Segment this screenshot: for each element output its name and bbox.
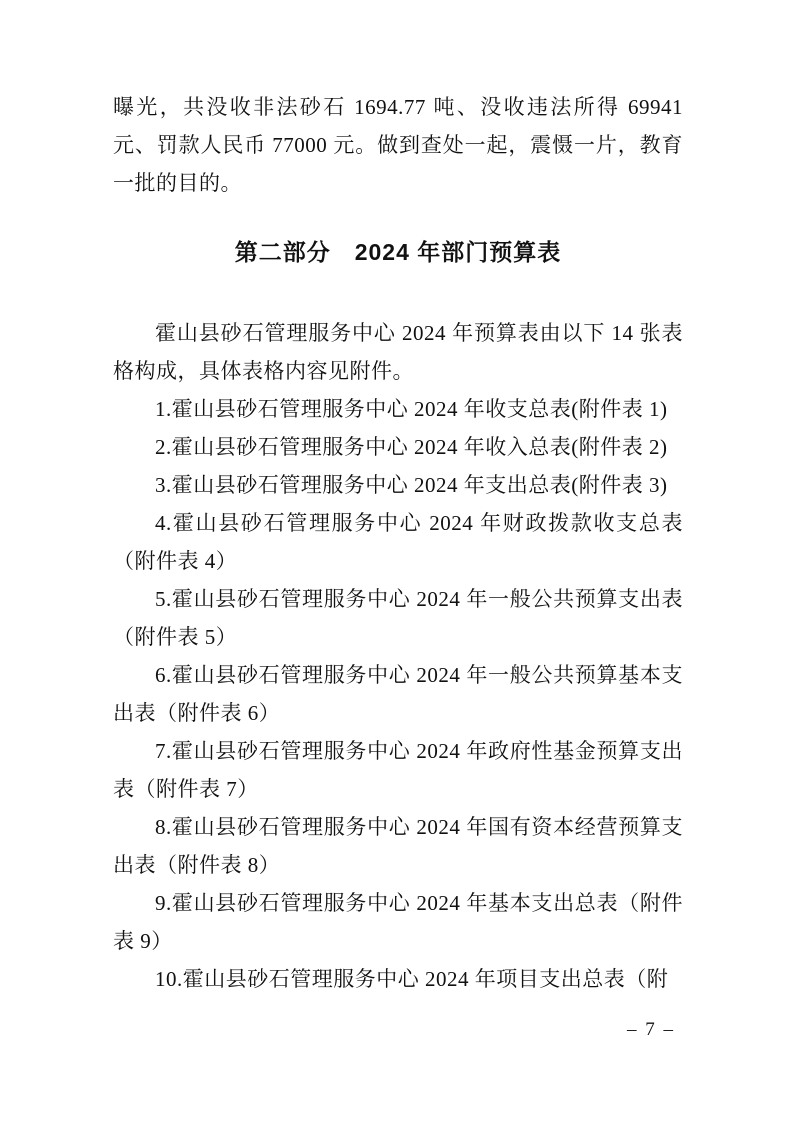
list-item: 7.霍山县砂石管理服务中心 2024 年政府性基金预算支出表（附件表 7） [113,732,683,808]
list-item: 10.霍山县砂石管理服务中心 2024 年项目支出总表（附 [113,960,683,998]
list-item: 4.霍山县砂石管理服务中心 2024 年财政拨款收支总表（附件表 4） [113,504,683,580]
intro-paragraph: 霍山县砂石管理服务中心 2024 年预算表由以下 14 张表格构成，具体表格内容… [113,314,683,390]
list-item: 5.霍山县砂石管理服务中心 2024 年一般公共预算支出表（附件表 5） [113,580,683,656]
attachment-table-list: 1.霍山县砂石管理服务中心 2024 年收支总表(附件表 1) 2.霍山县砂石管… [113,390,683,998]
list-item: 6.霍山县砂石管理服务中心 2024 年一般公共预算基本支出表（附件表 6） [113,656,683,732]
document-page: 曝光，共没收非法砂石 1694.77 吨、没收违法所得 69941 元、罚款人民… [0,0,793,1122]
list-item: 8.霍山县砂石管理服务中心 2024 年国有资本经营预算支出表（附件表 8） [113,808,683,884]
page-number: – 7 – [627,1018,675,1042]
list-item: 3.霍山县砂石管理服务中心 2024 年支出总表(附件表 3) [113,466,683,504]
continuation-paragraph: 曝光，共没收非法砂石 1694.77 吨、没收违法所得 69941 元、罚款人民… [113,88,683,202]
list-item: 9.霍山县砂石管理服务中心 2024 年基本支出总表（附件表 9） [113,884,683,960]
section-heading: 第二部分 2024 年部门预算表 [113,232,683,272]
list-item: 1.霍山县砂石管理服务中心 2024 年收支总表(附件表 1) [113,390,683,428]
list-item: 2.霍山县砂石管理服务中心 2024 年收入总表(附件表 2) [113,428,683,466]
page-content: 曝光，共没收非法砂石 1694.77 吨、没收违法所得 69941 元、罚款人民… [113,88,683,998]
